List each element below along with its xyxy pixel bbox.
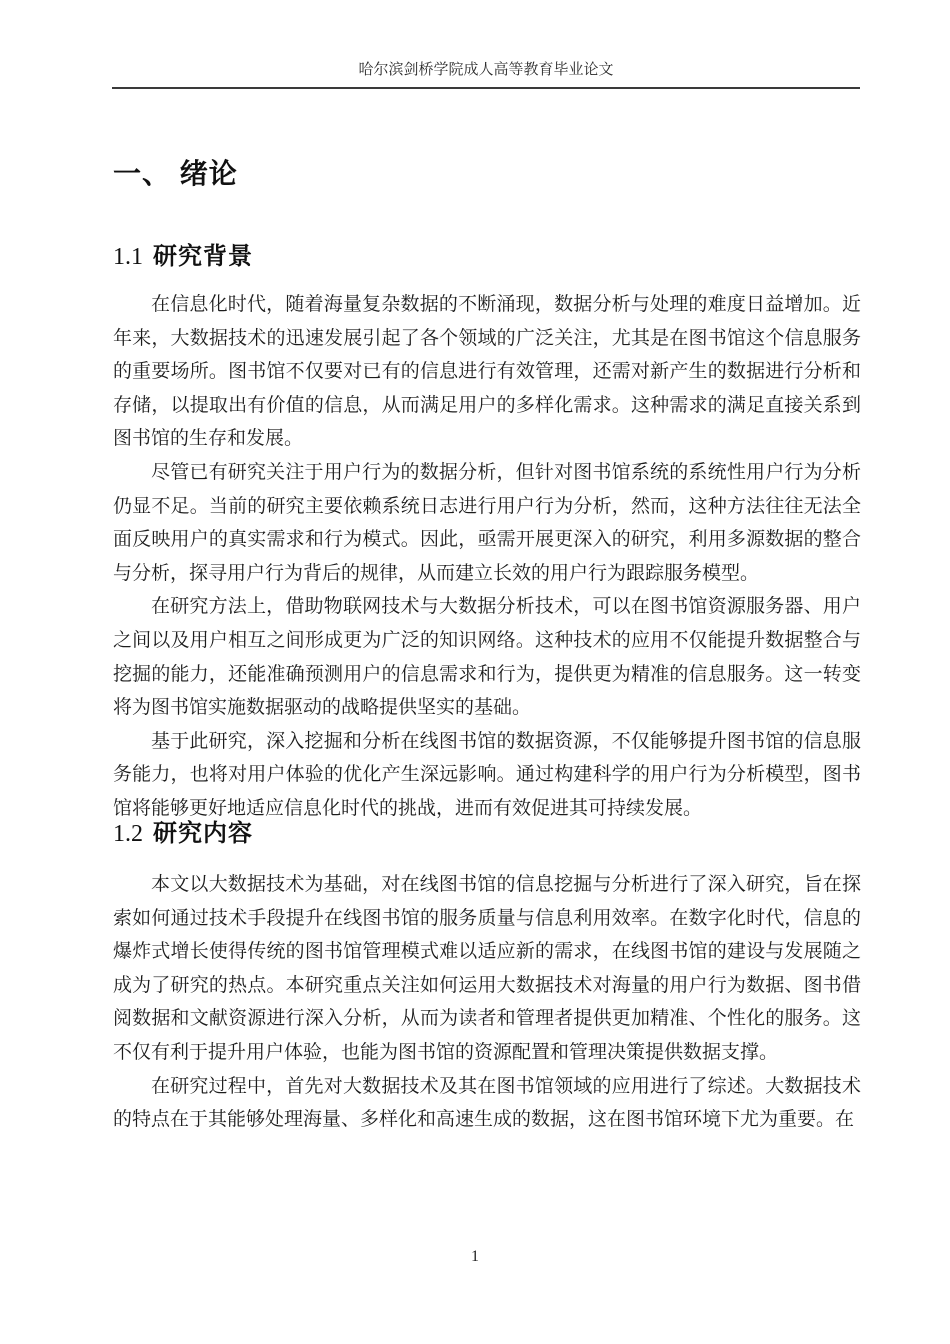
section-body-research-background: 在信息化时代，随着海量复杂数据的不断涌现，数据分析与处理的难度日益增加。近年来，… xyxy=(113,288,861,826)
section-heading-research-background: 1.1研究背景 xyxy=(113,241,861,273)
header-title: 哈尔滨剑桥学院成人高等教育毕业论文 xyxy=(358,62,613,78)
section-title: 研究内容 xyxy=(153,820,253,847)
section-title: 研究背景 xyxy=(153,243,253,270)
section-number: 1.2 xyxy=(113,821,143,847)
paragraph: 在信息化时代，随着海量复杂数据的不断涌现，数据分析与处理的难度日益增加。近年来，… xyxy=(113,288,861,456)
page-number: 1 xyxy=(0,1248,950,1266)
section-body-research-content: 本文以大数据技术为基础，对在线图书馆的信息挖掘与分析进行了深入研究，旨在探索如何… xyxy=(113,868,861,1137)
paragraph: 本文以大数据技术为基础，对在线图书馆的信息挖掘与分析进行了深入研究，旨在探索如何… xyxy=(113,868,861,1070)
paragraph: 在研究过程中，首先对大数据技术及其在图书馆领域的应用进行了综述。大数据技术的特点… xyxy=(113,1070,861,1137)
page-header: 哈尔滨剑桥学院成人高等教育毕业论文 xyxy=(112,60,860,89)
paragraph: 尽管已有研究关注于用户行为的数据分析，但针对图书馆系统的系统性用户行为分析仍显不… xyxy=(113,456,861,590)
paragraph: 在研究方法上，借助物联网技术与大数据分析技术，可以在图书馆资源服务器、用户之间以… xyxy=(113,590,861,724)
paragraph: 基于此研究，深入挖掘和分析在线图书馆的数据资源，不仅能够提升图书馆的信息服务能力… xyxy=(113,725,861,826)
section-number: 1.1 xyxy=(113,244,143,270)
thesis-page: 哈尔滨剑桥学院成人高等教育毕业论文 一、 绪论 1.1研究背景 在信息化时代，随… xyxy=(0,0,950,1344)
section-heading-research-content: 1.2研究内容 xyxy=(113,818,861,850)
chapter-title: 一、 绪论 xyxy=(113,156,861,192)
